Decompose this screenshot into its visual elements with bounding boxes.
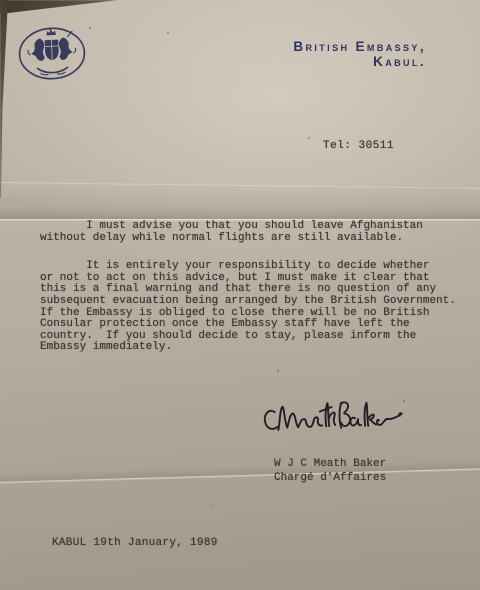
paragraph-1: I must advise you that you should leave … xyxy=(40,221,456,244)
letterhead-office: British Embassy, xyxy=(293,39,426,54)
letter-body: I must advise you that you should leave … xyxy=(40,221,456,354)
paper-speck xyxy=(210,505,212,507)
fold-crease-upper xyxy=(0,182,480,189)
typed-title: Chargé d'Affaires xyxy=(274,472,386,486)
signature-block: W J C Meath Baker Chargé d'Affaires xyxy=(274,458,386,486)
typed-name: W J C Meath Baker xyxy=(274,458,386,472)
letter-photo: British Embassy, Kabul. Tel: 30511 I mus… xyxy=(0,0,480,590)
royal-coat-of-arms-icon xyxy=(14,22,91,85)
telephone-line: Tel: 30511 xyxy=(323,140,394,152)
fold-crease-2 xyxy=(0,468,480,484)
paper-speck xyxy=(308,137,310,139)
paper-speck xyxy=(277,370,279,372)
paper-speck xyxy=(403,400,405,402)
paper-speck xyxy=(89,27,91,29)
photo-background-edge-top xyxy=(0,0,118,14)
paragraph-2: It is entirely your responsibility to de… xyxy=(40,261,456,354)
fold-crease-shadow-2 xyxy=(0,459,480,482)
handwritten-signature-icon xyxy=(261,395,405,446)
fold-crease-shadow-1 xyxy=(0,184,480,219)
letterhead-address: British Embassy, Kabul. xyxy=(293,39,426,69)
dateline: KABUL 19th January, 1989 xyxy=(52,537,218,549)
letterhead-city: Kabul. xyxy=(293,54,426,69)
paper-speck xyxy=(167,32,169,34)
photo-background-edge-left xyxy=(0,0,8,198)
